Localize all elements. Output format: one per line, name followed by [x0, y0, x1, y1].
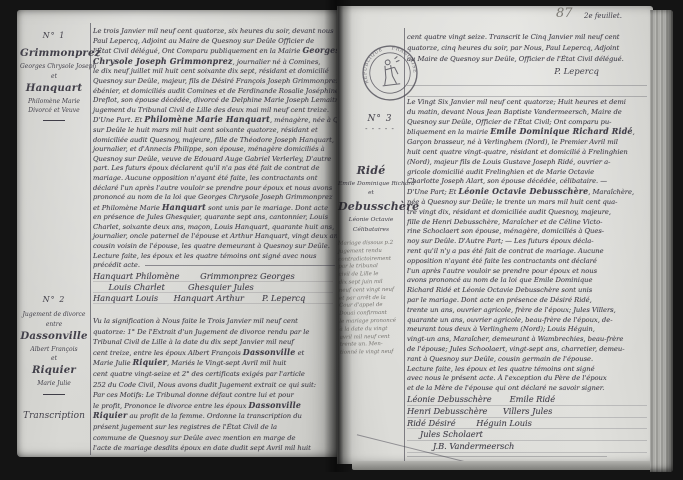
act-number-3: N° 3	[355, 114, 405, 124]
separator-dash	[43, 394, 65, 395]
margin-rule	[90, 23, 91, 455]
margin-entry-act2: N° 2 Jugement de divorceentreDassonville…	[20, 294, 88, 395]
folio-number: 87	[556, 6, 573, 21]
margin-names-act1: GrimmonprezGeorges Chrysole JosephetHanq…	[20, 46, 88, 115]
right-page: 87 2e feuillet. RÉPUBLIQUE FRANÇAISE N° …	[337, 6, 653, 464]
register-scan: N° 1 GrimmonprezGeorges Chrysole Josephe…	[0, 0, 683, 480]
act3-signatures: Léonie Debusschère Emile RidéHenri Debus…	[407, 394, 647, 453]
ruled-line	[407, 85, 647, 86]
act1-body-text: Le trois Janvier mil neuf cent quatorze,…	[93, 27, 336, 271]
act2-body-text: Vu la signification à Nous faite le Troi…	[93, 316, 336, 454]
closing-rule	[145, 265, 335, 266]
left-page: N° 1 GrimmonprezGeorges Chrysole Josephe…	[17, 10, 337, 457]
marianne-figure	[379, 56, 402, 86]
officer-signature: P. Lepercq	[407, 67, 647, 77]
page-stack-bottom-edge	[352, 461, 655, 470]
page-stack-fore-edge	[650, 10, 673, 472]
folio-note: 2e feuillet.	[584, 12, 622, 20]
act2-continuation-text: cent quatre vingt seize. Transcrit le Ci…	[407, 32, 650, 65]
ruled-line	[407, 456, 607, 457]
margin-names-act2: Jugement de divorceentreDassonvilleAlber…	[20, 310, 88, 388]
transcription-label: Transcription	[19, 411, 89, 421]
act1-signatures: Hanquart Philomène Grimmonprez Georges L…	[93, 271, 333, 304]
act3-body-text: Le Vingt Six Janvier mil neuf cent quato…	[407, 98, 650, 394]
act-number-2: N° 2	[20, 294, 88, 306]
margin-entry-act3: RidéEmile Dominique RichardetDebusschère…	[338, 162, 404, 235]
act-number-1: N° 1	[20, 30, 88, 42]
margin-entry-act1: N° 1 GrimmonprezGeorges Chrysole Josephe…	[20, 30, 88, 121]
separator-dash	[43, 120, 65, 121]
ruled-line	[407, 96, 647, 97]
margin-dashes: - - - - -	[355, 125, 405, 133]
